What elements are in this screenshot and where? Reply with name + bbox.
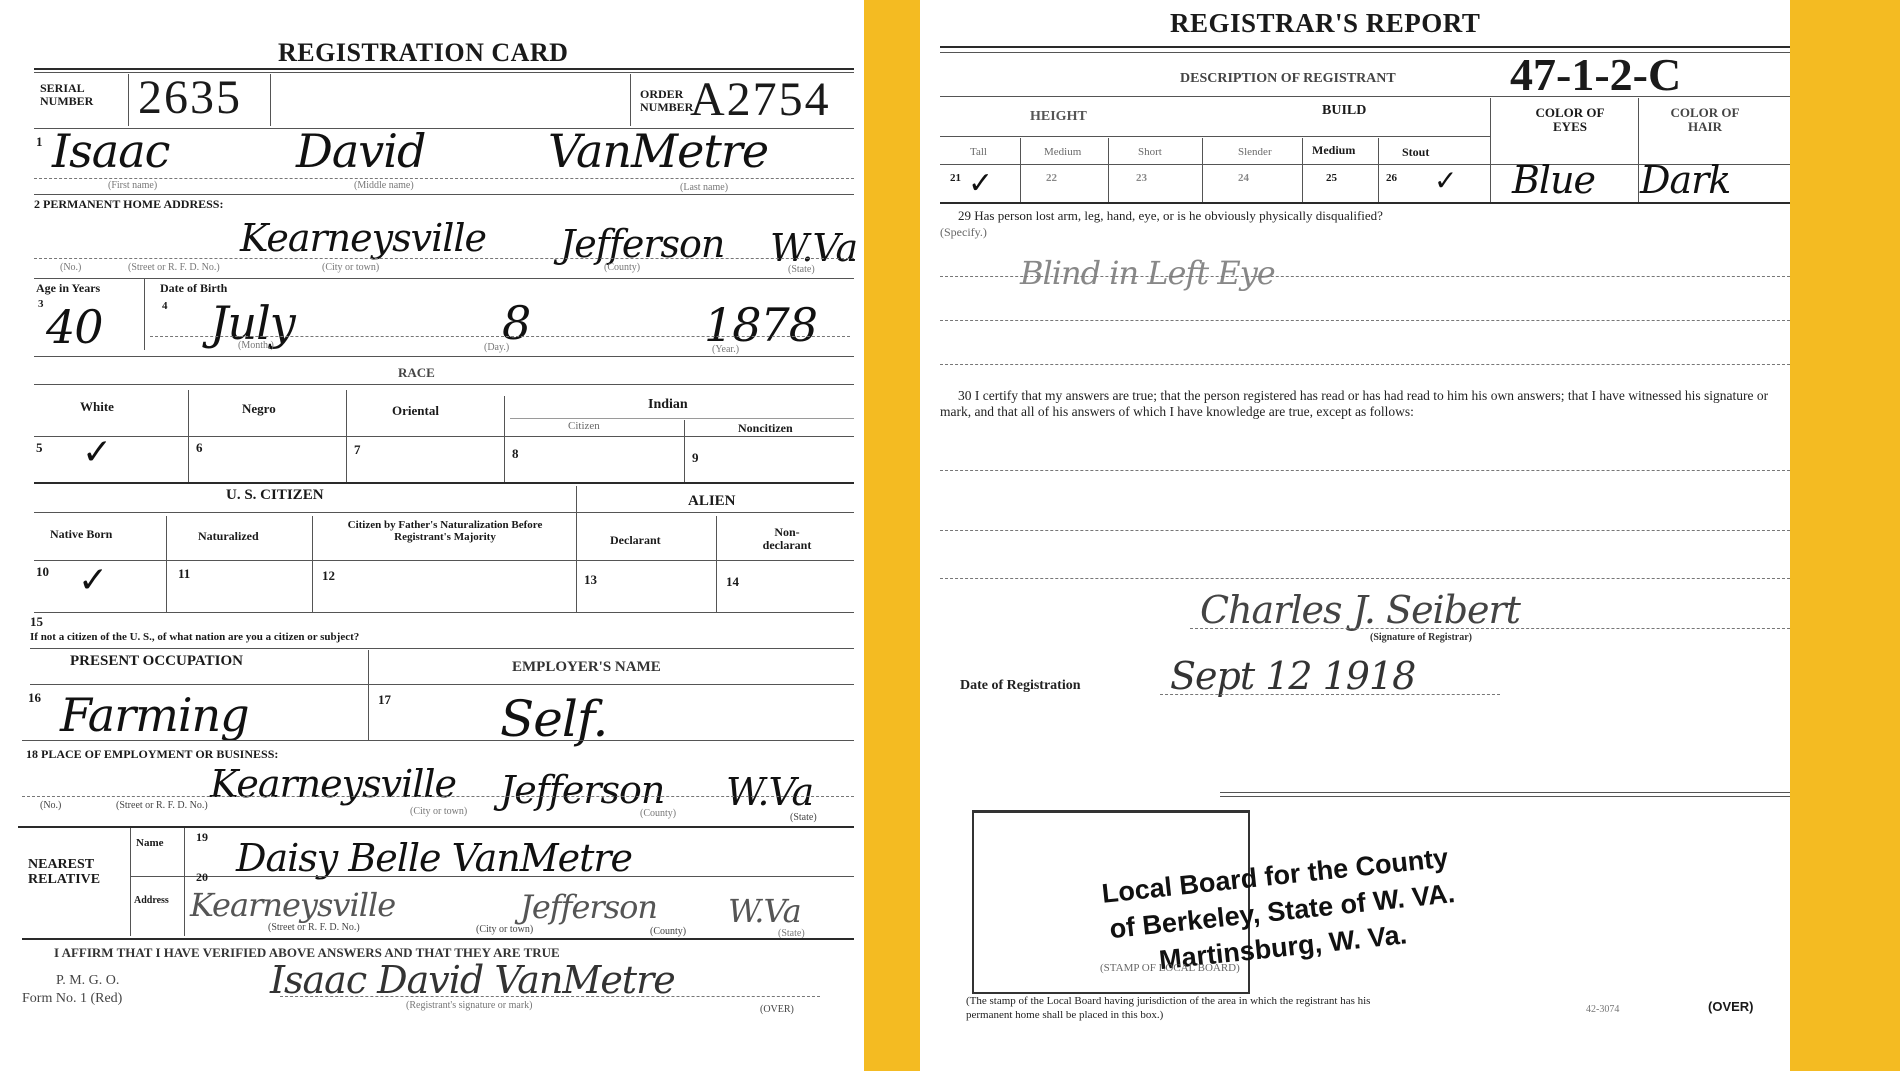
field-14-number: 14 <box>726 574 739 590</box>
card-over-text: (OVER) <box>760 1004 794 1015</box>
date-of-registration-value: Sept 12 1918 <box>1170 654 1415 698</box>
tall-checkmark: ✓ <box>968 166 993 201</box>
report-over-text: (OVER) <box>1708 1000 1754 1014</box>
relative-caption-town: (City or town) <box>476 924 533 935</box>
classification-stamp: 47-1-2-C <box>1510 48 1681 101</box>
relative-caption-street: (Street or R. F. D. No.) <box>268 922 360 933</box>
relative-name-value: Daisy Belle VanMetre <box>236 836 632 880</box>
field-17-number: 17 <box>378 692 391 708</box>
alien-col-declarant: Declarant <box>610 534 661 547</box>
field-11-number: 11 <box>178 566 190 582</box>
dob-caption-month: (Month.) <box>238 340 274 351</box>
description-label: DESCRIPTION OF REGISTRANT <box>1180 72 1396 87</box>
relative-caption-county: (County) <box>650 926 686 937</box>
serial-number: 2635 <box>138 70 242 125</box>
citizen-col-by-father: Citizen by Father's Naturalization Befor… <box>320 520 570 543</box>
nearest-relative-label: NEAREST RELATIVE <box>28 858 124 887</box>
race-col-oriental: Oriental <box>392 404 439 418</box>
field-23-number: 23 <box>1136 172 1147 184</box>
employment-state: W.Va <box>726 770 813 814</box>
employment-caption-town: (City or town) <box>410 806 467 817</box>
race-col-indian: Indian <box>648 398 688 413</box>
race-col-indian-citizen: Citizen <box>568 420 600 432</box>
field-1-number: 1 <box>36 134 43 150</box>
home-address-caption-town: (City or town) <box>322 262 379 273</box>
home-address-caption-state: (State) <box>788 264 815 275</box>
field-24-number: 24 <box>1238 172 1249 184</box>
build-heading: BUILD <box>1322 104 1366 119</box>
alien-col-non-declarant: Non-declarant <box>752 526 822 551</box>
field-9-number: 9 <box>692 450 699 466</box>
citizen-col-native-born: Native Born <box>50 528 112 541</box>
field-16-number: 16 <box>28 690 41 706</box>
question-29: 29 Has person lost arm, leg, hand, eye, … <box>958 208 1778 224</box>
employer-label: EMPLOYER'S NAME <box>512 660 661 676</box>
serial-number-label: SERIAL NUMBER <box>40 82 120 107</box>
middle-name: David <box>296 124 425 178</box>
registrar-signature: Charles J. Seibert <box>1200 588 1520 632</box>
yellow-right-margin <box>1790 0 1900 1071</box>
field-10-number: 10 <box>36 564 49 580</box>
field-21-number: 21 <box>950 172 961 184</box>
field-8-number: 8 <box>512 446 519 462</box>
employment-town: Kearneysville <box>210 762 456 806</box>
race-col-white: White <box>80 400 114 414</box>
height-col-short: Short <box>1138 146 1162 158</box>
home-address-town: Kearneysville <box>240 216 486 260</box>
age-field-number: 3 <box>38 298 44 310</box>
height-heading: HEIGHT <box>1030 110 1087 125</box>
build-col-stout: Stout <box>1402 146 1429 159</box>
form-line-2: Form No. 1 (Red) <box>22 992 122 1007</box>
field-22-number: 22 <box>1046 172 1057 184</box>
employment-county: Jefferson <box>500 768 664 812</box>
us-citizen-heading: U. S. CITIZEN <box>226 488 324 504</box>
order-number: A2754 <box>690 72 831 127</box>
dob-caption-day: (Day.) <box>484 342 509 353</box>
eye-color-value: Blue <box>1512 158 1595 202</box>
date-of-registration-label: Date of Registration <box>960 678 1081 694</box>
field-12-number: 12 <box>322 568 335 584</box>
home-address-county: Jefferson <box>560 222 724 266</box>
last-name-caption: (Last name) <box>680 182 728 193</box>
field-26-number: 26 <box>1386 172 1397 184</box>
stamp-caption: (STAMP OF LOCAL BOARD) <box>1100 962 1240 974</box>
certification-text: 30 I certify that my answers are true; t… <box>940 388 1790 420</box>
race-col-negro: Negro <box>242 402 276 416</box>
hair-color-value: Dark <box>1640 158 1730 202</box>
native-born-checkmark: ✓ <box>78 560 108 601</box>
employment-caption-state: (State) <box>790 812 817 823</box>
employment-caption-county: (County) <box>640 808 676 819</box>
white-checkmark: ✓ <box>82 432 112 473</box>
relative-name-label: Name <box>136 838 164 850</box>
home-address-caption-county: (County) <box>604 262 640 273</box>
field-20-number: 20 <box>196 870 208 885</box>
field-7-number: 7 <box>354 442 361 458</box>
build-col-slender: Slender <box>1238 146 1272 158</box>
place-of-employment-label: 18 PLACE OF EMPLOYMENT OR BUSINESS: <box>26 748 278 761</box>
disqualification-answer: Blind in Left Eye <box>1020 254 1275 292</box>
employment-caption-no: (No.) <box>40 800 61 811</box>
height-col-medium: Medium <box>1044 146 1081 158</box>
report-title: REGISTRAR'S REPORT <box>1170 8 1480 39</box>
dob-field-number: 4 <box>162 300 168 312</box>
age-value: 40 <box>46 300 103 354</box>
hair-color-heading: COLOR OF HAIR <box>1660 106 1750 133</box>
eye-color-heading: COLOR OF EYES <box>1520 106 1620 133</box>
nation-question: If not a citizen of the U. S., of what n… <box>30 632 359 644</box>
first-name-caption: (First name) <box>108 180 157 191</box>
print-code: 42-3074 <box>1586 1004 1619 1015</box>
registration-card-front: REGISTRATION CARD SERIAL NUMBER 2635 ORD… <box>0 0 864 1071</box>
dob-caption-year: (Year.) <box>712 344 739 355</box>
alien-heading: ALIEN <box>688 494 736 510</box>
registrar-signature-caption: (Signature of Registrar) <box>1370 632 1472 643</box>
relative-address-state: W.Va <box>728 892 801 930</box>
signature-caption: (Registrant's signature or mark) <box>406 1000 533 1011</box>
field-13-number: 13 <box>584 572 597 588</box>
registrars-report-back: REGISTRAR'S REPORT DESCRIPTION OF REGIST… <box>920 0 1790 1071</box>
home-address-caption-no: (No.) <box>60 262 81 273</box>
field-5-number: 5 <box>36 440 43 456</box>
last-name: VanMetre <box>548 124 768 178</box>
form-line-1: P. M. G. O. <box>56 974 119 989</box>
age-label: Age in Years <box>36 282 100 295</box>
question-29-specify: (Specify.) <box>940 224 987 240</box>
race-col-indian-noncitizen: Noncitizen <box>738 422 793 435</box>
relative-address-town: Kearneysville <box>190 886 395 924</box>
field-6-number: 6 <box>196 440 203 456</box>
relative-address-county: Jefferson <box>520 888 657 926</box>
citizen-col-naturalized: Naturalized <box>198 530 259 543</box>
stamp-instruction: (The stamp of the Local Board having jur… <box>966 994 1386 1022</box>
home-address-label: 2 PERMANENT HOME ADDRESS: <box>34 198 223 211</box>
relative-address-label: Address <box>134 896 169 907</box>
field-15-number: 15 <box>30 614 43 630</box>
field-19-number: 19 <box>196 830 208 845</box>
occupation-value: Farming <box>60 688 249 742</box>
race-heading: RACE <box>398 366 435 380</box>
home-address-caption-street: (Street or R. F. D. No.) <box>128 262 220 273</box>
employment-caption-street: (Street or R. F. D. No.) <box>116 800 208 811</box>
dob-label: Date of Birth <box>160 282 227 295</box>
stout-checkmark: ✓ <box>1434 164 1457 197</box>
occupation-label: PRESENT OCCUPATION <box>70 654 243 670</box>
middle-name-caption: (Middle name) <box>354 180 414 191</box>
build-col-medium: Medium <box>1312 144 1355 157</box>
card-title: REGISTRATION CARD <box>278 38 568 68</box>
yellow-divider <box>864 0 920 1071</box>
field-25-number: 25 <box>1326 172 1337 184</box>
height-col-tall: Tall <box>970 146 987 158</box>
first-name: Isaac <box>52 124 169 178</box>
